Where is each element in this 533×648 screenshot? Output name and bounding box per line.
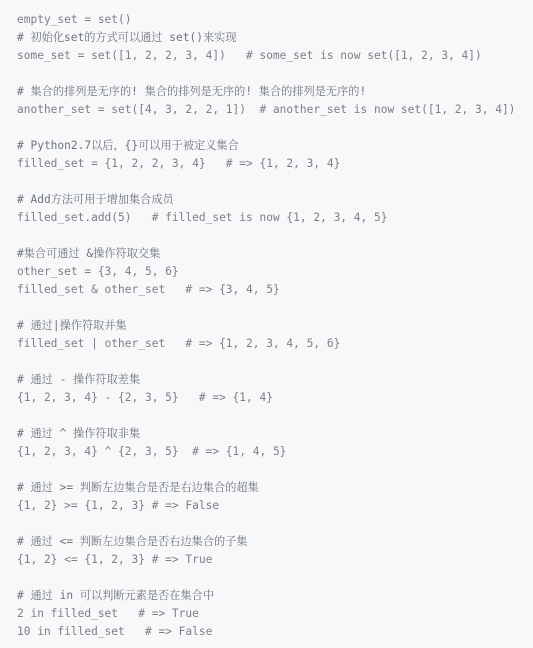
blank-line — [17, 569, 533, 587]
code-comment: # Add方法可用于增加集合成员 — [17, 191, 533, 209]
code-line: {1, 2, 3, 4} ^ {2, 3, 5} # => {1, 4, 5} — [17, 443, 533, 461]
code-line: {1, 2} >= {1, 2, 3} # => False — [17, 497, 533, 515]
blank-line — [17, 353, 533, 371]
code-comment: # 通过 in 可以判断元素是否在集合中 — [17, 587, 533, 605]
code-line: 2 in filled_set # => True — [17, 605, 533, 623]
blank-line — [17, 65, 533, 83]
code-comment: # 通过 <= 判断左边集合是否右边集合的子集 — [17, 533, 533, 551]
code-comment: # Python2.7以后，{}可以用于被定义集合 — [17, 137, 533, 155]
code-line: other_set = {3, 4, 5, 6} — [17, 263, 533, 281]
code-comment: # 初始化set的方式可以通过 set()来实现 — [17, 29, 533, 47]
code-comment: # 通过|操作符取并集 — [17, 317, 533, 335]
code-line: filled_set & other_set # => {3, 4, 5} — [17, 281, 533, 299]
blank-line — [17, 119, 533, 137]
blank-line — [17, 407, 533, 425]
code-line: another_set = set([4, 3, 2, 2, 1]) # ano… — [17, 101, 533, 119]
code-comment: # 通过 - 操作符取差集 — [17, 371, 533, 389]
code-line: filled_set.add(5) # filled_set is now {1… — [17, 209, 533, 227]
code-line: {1, 2, 3, 4} - {2, 3, 5} # => {1, 4} — [17, 389, 533, 407]
code-line: filled_set = {1, 2, 2, 3, 4} # => {1, 2,… — [17, 155, 533, 173]
code-line: 10 in filled_set # => False — [17, 623, 533, 641]
blank-line — [17, 227, 533, 245]
code-line: {1, 2} <= {1, 2, 3} # => True — [17, 551, 533, 569]
code-comment: # 集合的排列是无序的! 集合的排列是无序的! 集合的排列是无序的! — [17, 83, 533, 101]
code-comment: # 通过 ^ 操作符取非集 — [17, 425, 533, 443]
blank-line — [17, 461, 533, 479]
blank-line — [17, 515, 533, 533]
blank-line — [17, 173, 533, 191]
code-block: empty_set = set() # 初始化set的方式可以通过 set()来… — [0, 0, 533, 648]
blank-line — [17, 299, 533, 317]
code-comment: #集合可通过 &操作符取交集 — [17, 245, 533, 263]
code-line: empty_set = set() — [17, 11, 533, 29]
code-line: some_set = set([1, 2, 2, 3, 4]) # some_s… — [17, 47, 533, 65]
code-line: filled_set | other_set # => {1, 2, 3, 4,… — [17, 335, 533, 353]
code-comment: # 通过 >= 判断左边集合是否是右边集合的超集 — [17, 479, 533, 497]
